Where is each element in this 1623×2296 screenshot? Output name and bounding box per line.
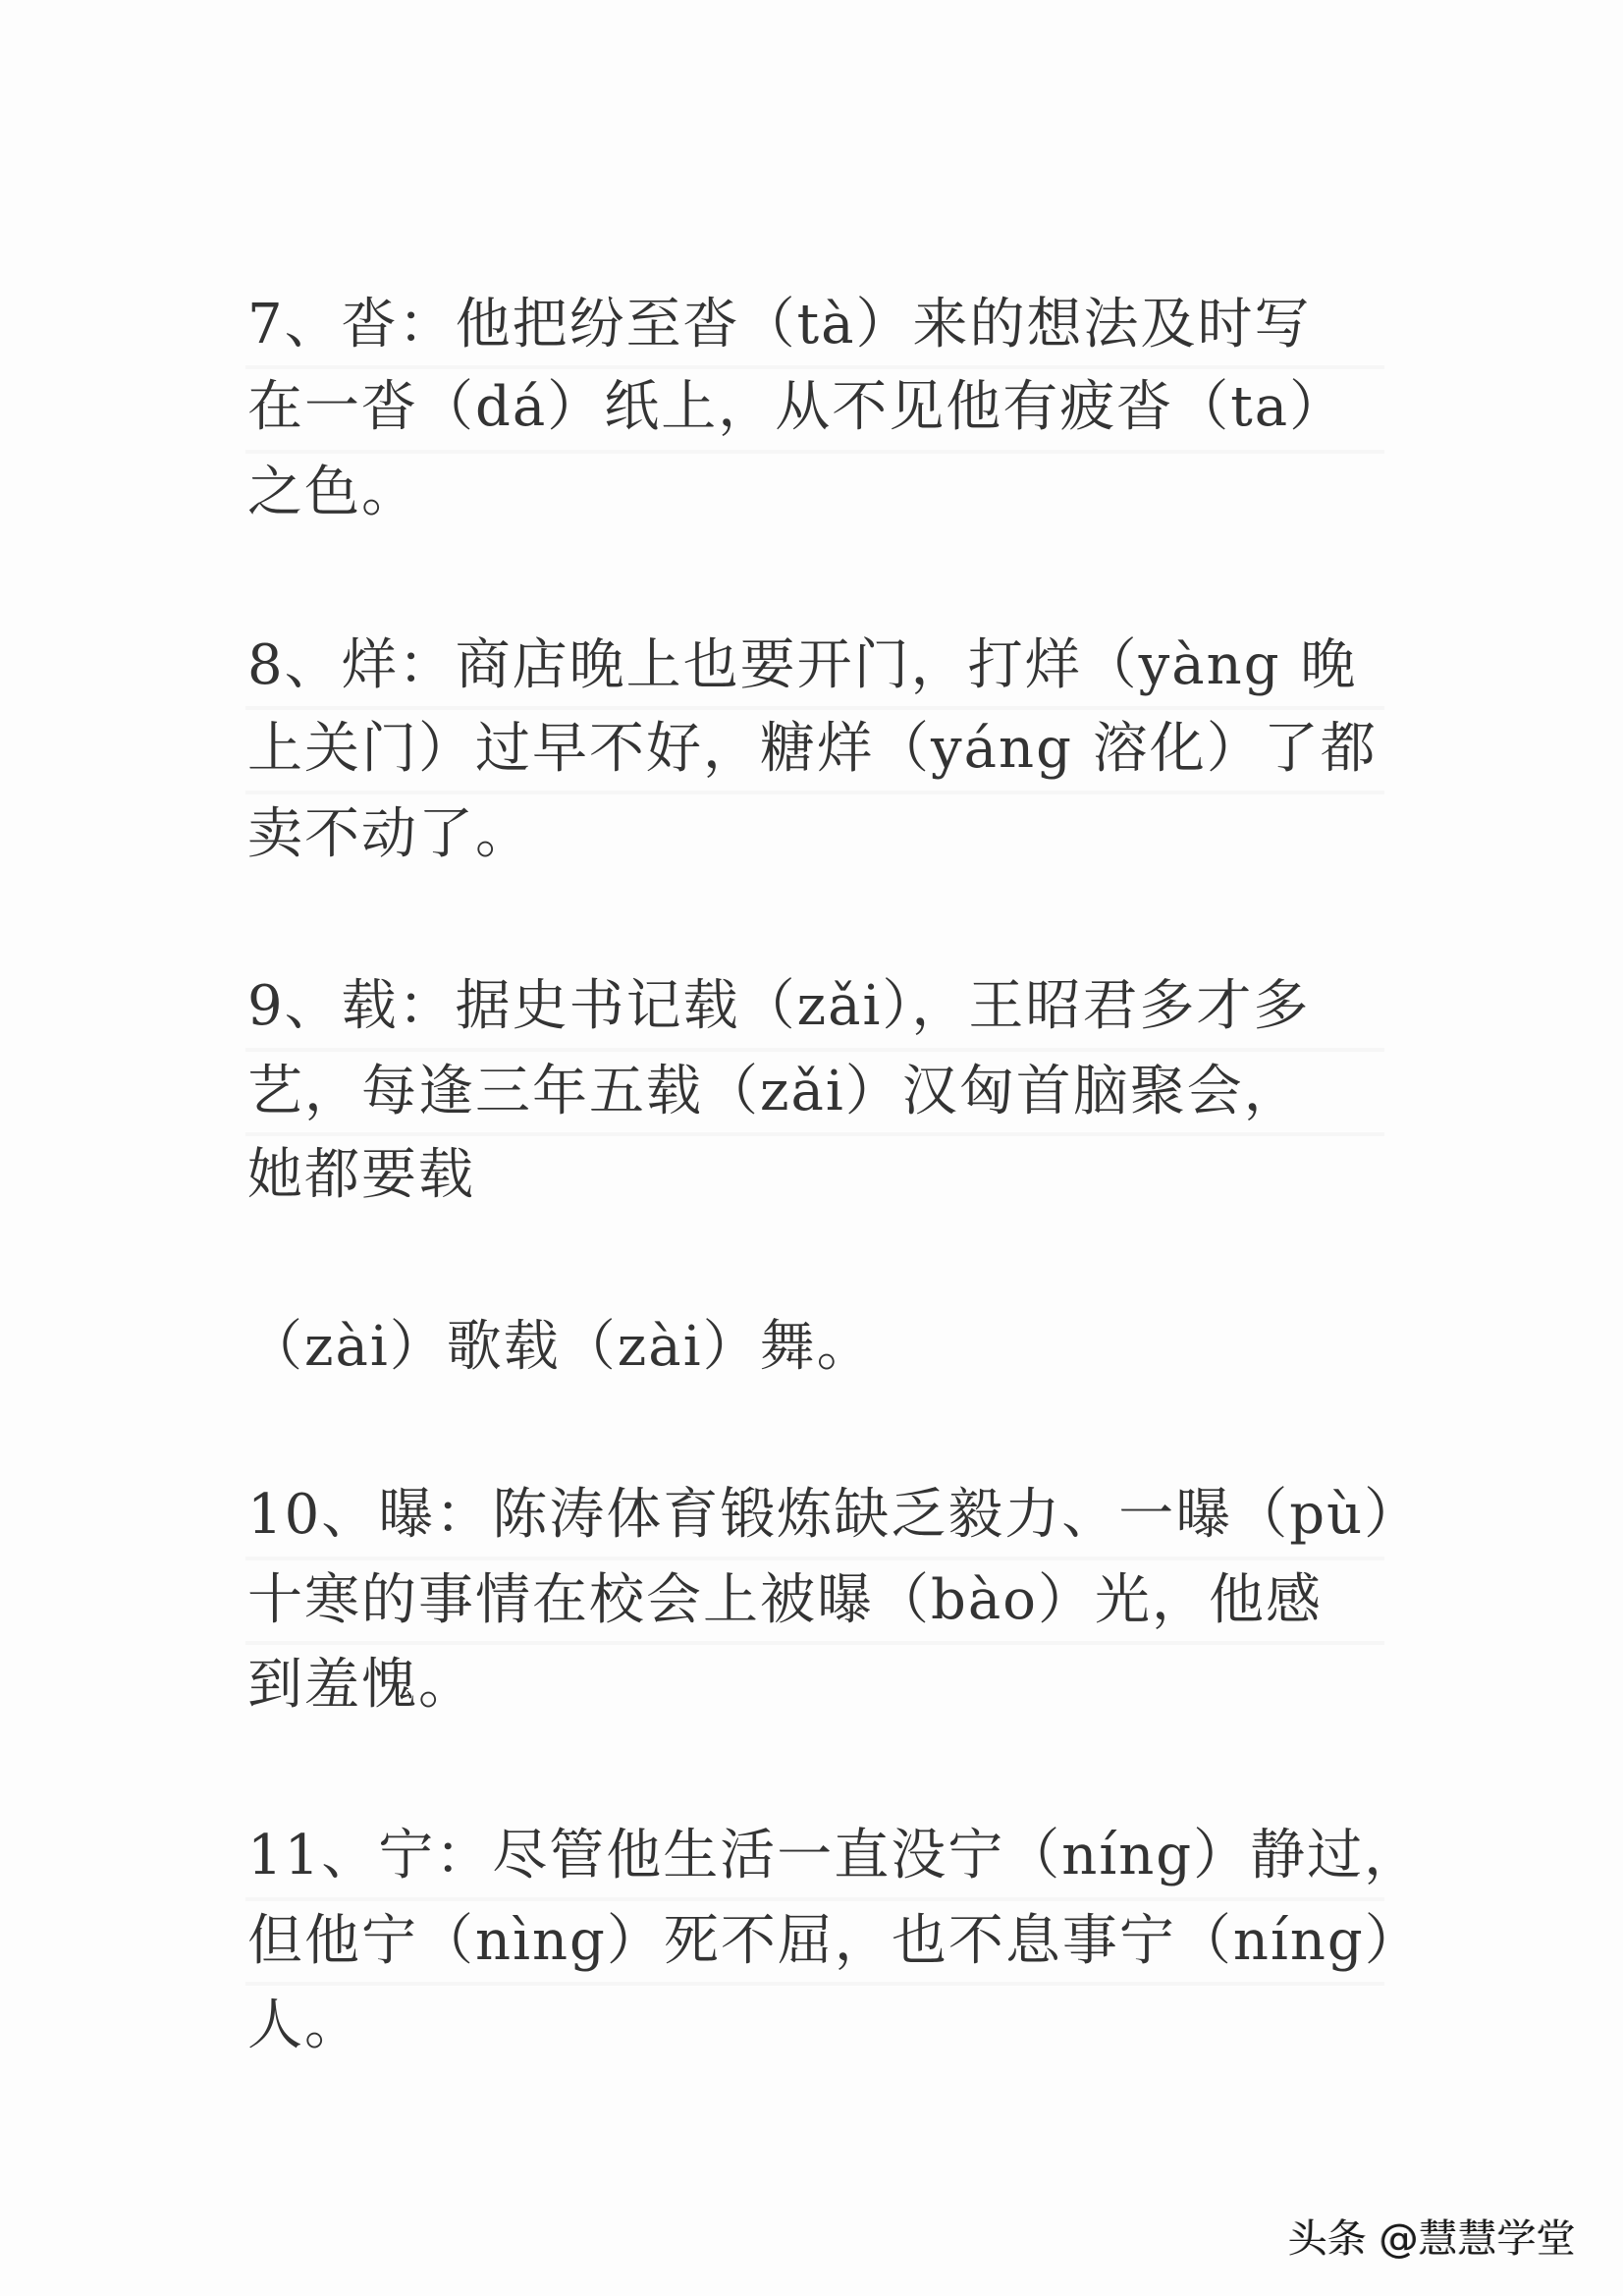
entry-line: 她都要载 (247, 1133, 475, 1218)
entry-line: 十寒的事情在校会上被曝（bào）光，他感 (247, 1558, 1323, 1643)
entry-line: 艺，每逢三年五载（zǎi）汉匈首脑聚会， (247, 1050, 1301, 1134)
line-divider (245, 1982, 1384, 1986)
entry-continuation: （zài）歌载（zài）舞。 (247, 1305, 874, 1390)
entry-line: 上关门）过早不好，糖烊（yáng 溶化）了都 (247, 707, 1378, 792)
entry-line: 之色。 (247, 451, 418, 535)
entry-line: 到羞愧。 (247, 1643, 475, 1727)
watermark: 头条 @慧慧学堂 (1288, 2214, 1576, 2265)
document-page: 7、沓：他把纷至沓（tà）来的想法及时写 在一沓（dá）纸上，从不见他有疲沓（t… (0, 0, 1623, 2296)
entry-line: 卖不动了。 (247, 793, 532, 877)
entry-line: 9、载：据史书记载（zǎi），王昭君多才多 (247, 964, 1310, 1049)
entry-line: 在一沓（dá）纸上，从不见他有疲沓（ta） (247, 365, 1346, 450)
entry-line: 7、沓：他把纷至沓（tà）来的想法及时写 (247, 283, 1312, 367)
entry-line: 但他宁（nìng）死不屈，也不息事宁（níng） (247, 1899, 1422, 1984)
entry-line: 11、宁：尽管他生活一直没宁（níng）静过， (247, 1814, 1421, 1898)
entry-line: 10、曝：陈涛体育锻炼缺乏毅力、一曝（pù） (247, 1473, 1421, 1558)
entry-line: 8、烊：商店晚上也要开门，打烊（yàng 晚 (247, 624, 1357, 708)
entry-line: 人。 (247, 1984, 361, 2068)
